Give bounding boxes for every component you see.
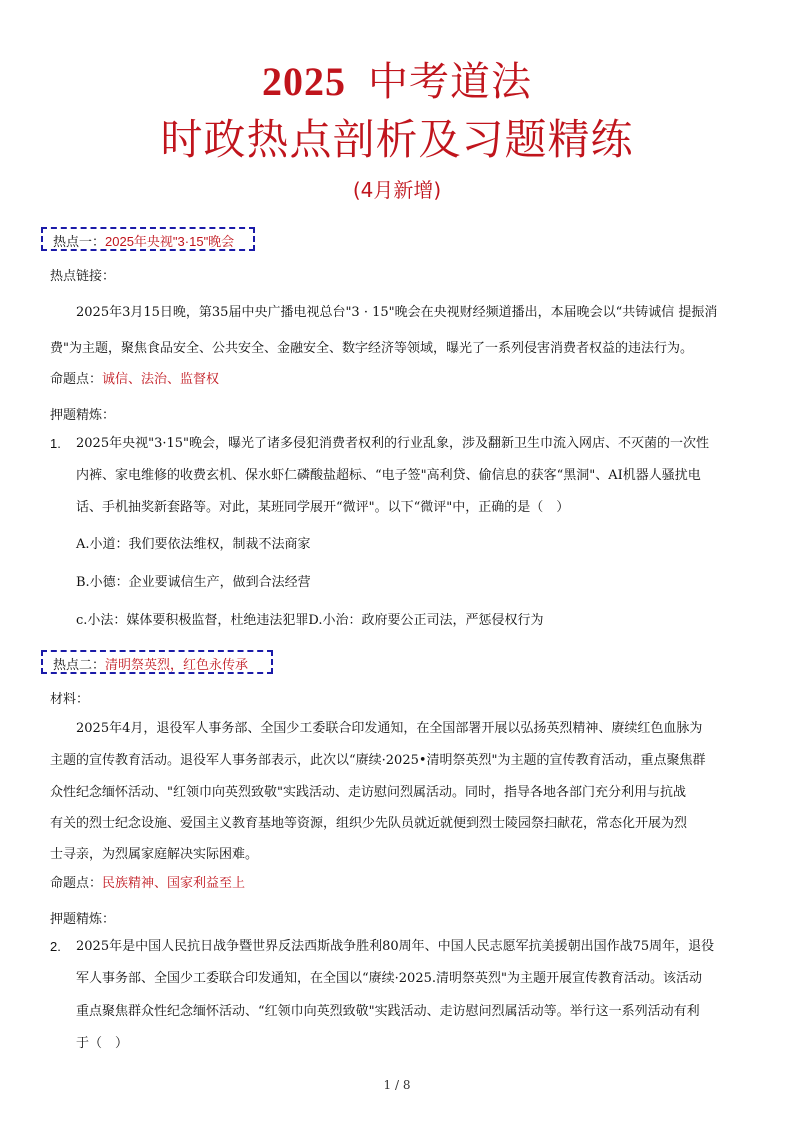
hotspot-1-title: 2025年央视"3·15"晚会	[105, 234, 234, 249]
page-number: 1 / 8	[0, 1078, 794, 1092]
title-year: 2025	[262, 59, 346, 104]
question-1-option-b: B.小德：企业要诚信生产，做到合法经营	[76, 573, 311, 593]
material-heading: 材料：	[50, 690, 89, 710]
material-line3: 众性纪念缅怀活动、"红领巾向英烈致敬"实践活动、走访慰问烈属活动。同时，指导各地…	[50, 783, 686, 803]
question-1-option-a: A.小道：我们要依法维权，制裁不法商家	[76, 535, 311, 555]
document-title-line1: 2025中考道法	[0, 50, 794, 107]
hotspot-1-label: 热点一：	[53, 235, 105, 250]
topic-point-1: 命题点：诚信、法治、监督权	[50, 370, 219, 390]
document-title-line2: 时政热点剖析及习题精练	[0, 107, 794, 167]
material-line4: 有关的烈士纪念设施、爱国主义教育基地等资源，组织少先队员就近就便到烈士陵园祭扫献…	[50, 814, 687, 834]
practice-heading-2: 押题精炼：	[50, 910, 115, 930]
question-2-line1: 2025年是中国人民抗日战争暨世界反法西斯战争胜利80周年、中国人民志愿军抗美援…	[76, 937, 714, 957]
hotspot-1-paragraph-line1: 2025年3月15日晚，第35届中央广播电视总台"3 · 15"晚会在央视财经频…	[76, 303, 717, 323]
hotspot-2-title: 清明祭英烈，红色永传承	[105, 658, 248, 673]
material-line5: 士寻亲，为烈属家庭解决实际困难。	[50, 845, 258, 865]
question-2-line3: 重点聚焦群众性纪念缅怀活动、“红领巾向英烈致敬"实践活动、走访慰问烈属活动等。举…	[76, 1002, 700, 1022]
hotspot-2-label: 热点二：	[53, 658, 105, 673]
document-subtitle: (4月新增)	[0, 174, 794, 203]
topic-point-2: 命题点：民族精神、国家利益至上	[50, 874, 245, 894]
topic-label: 命题点：	[50, 876, 102, 891]
question-1-line1: 2025年央视"3·15"晚会，曝光了诸多侵犯消费者权利的行业乱象，涉及翻新卫生…	[76, 434, 709, 454]
hotspot-1-paragraph-line2: 费"为主题，聚焦食品安全、公共安全、金融安全、数字经济等领域，曝光了一系列侵害消…	[50, 339, 693, 359]
hotspot-link-heading: 热点链接：	[50, 267, 115, 287]
question-1-option-cd: c.小法：媒体要积极监督，杜绝违法犯罪D.小治：政府要公正司法，严惩侵权行为	[76, 611, 544, 631]
question-2-line2: 军人事务部、全国少工委联合印发通知，在全国以“赓续·2025.清明祭英烈"为主题…	[76, 969, 702, 989]
topic-value: 民族精神、国家利益至上	[102, 876, 245, 891]
question-1-number: 1.	[50, 434, 61, 454]
practice-heading-1: 押题精炼：	[50, 406, 115, 426]
topic-label: 命题点：	[50, 372, 102, 387]
title-subject: 中考道法	[368, 59, 532, 105]
question-1-line3: 话、手机抽奖新套路等。对此，某班同学展开“微评"。以下“微评"中，正确的是（ ）	[76, 498, 569, 518]
question-2-line4: 于（ ）	[76, 1034, 128, 1054]
material-line1: 2025年4月，退役军人事务部、全国少工委联合印发通知，在全国部署开展以弘扬英烈…	[76, 719, 702, 739]
material-line2: 主题的宣传教育活动。退役军人事务部表示，此次以“赓续·2025•清明祭英烈"为主…	[50, 751, 706, 771]
question-1-line2: 内裤、家电维修的收费玄机、保水虾仁磷酸盐超标、“电子签"高利贷、偷信息的获客“黑…	[76, 466, 701, 486]
hotspot-1-box: 热点一：2025年央视"3·15"晚会	[41, 227, 255, 251]
question-2-number: 2.	[50, 937, 61, 957]
hotspot-2-box: 热点二：清明祭英烈，红色永传承	[41, 650, 273, 674]
topic-value: 诚信、法治、监督权	[102, 372, 219, 387]
